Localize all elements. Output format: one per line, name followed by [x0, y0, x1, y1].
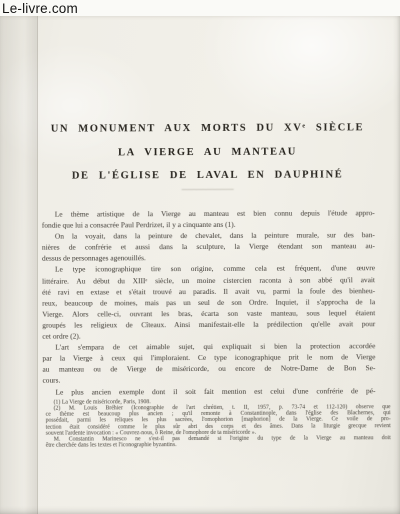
title-line: LA VIERGE AU MANTEAU [39, 140, 375, 165]
body-line: Le type iconographique tire son origine,… [42, 263, 375, 276]
document-title: UN MONUMENT AUX MORTS DU XVᵉ SIÈCLE LA V… [39, 116, 375, 188]
body-line: Le thème artistique de la Vierge au mant… [42, 207, 375, 220]
body-line: groupés les religieux de Cîteaux. Ainsi … [42, 318, 375, 331]
title-line: DE L'ÉGLISE DE LAVAL EN DAUPHINÉ [40, 163, 376, 188]
site-watermark: Le-livre.com [2, 1, 78, 16]
footnotes: (1) La Vierge de miséricorde, Paris, 190… [46, 398, 391, 449]
body-line: au manteau ou de Vierge de miséricorde, … [42, 363, 375, 376]
body-line: Le plus ancien exemple dont il soit fait… [43, 385, 376, 398]
body-text: Le thème artistique de la Vierge au mant… [42, 207, 376, 397]
separator-mark [182, 189, 234, 190]
footnote-line: être cherchée dans les textes et l'icono… [46, 441, 391, 449]
title-line: UN MONUMENT AUX MORTS DU XVᵉ SIÈCLE [39, 116, 375, 141]
scanned-document-page: UN MONUMENT AUX MORTS DU XVᵉ SIÈCLE LA V… [0, 16, 400, 514]
body-line: nières de confrérie et aussi dans la scu… [42, 241, 375, 254]
page-content: UN MONUMENT AUX MORTS DU XVᵉ SIÈCLE LA V… [0, 15, 400, 514]
